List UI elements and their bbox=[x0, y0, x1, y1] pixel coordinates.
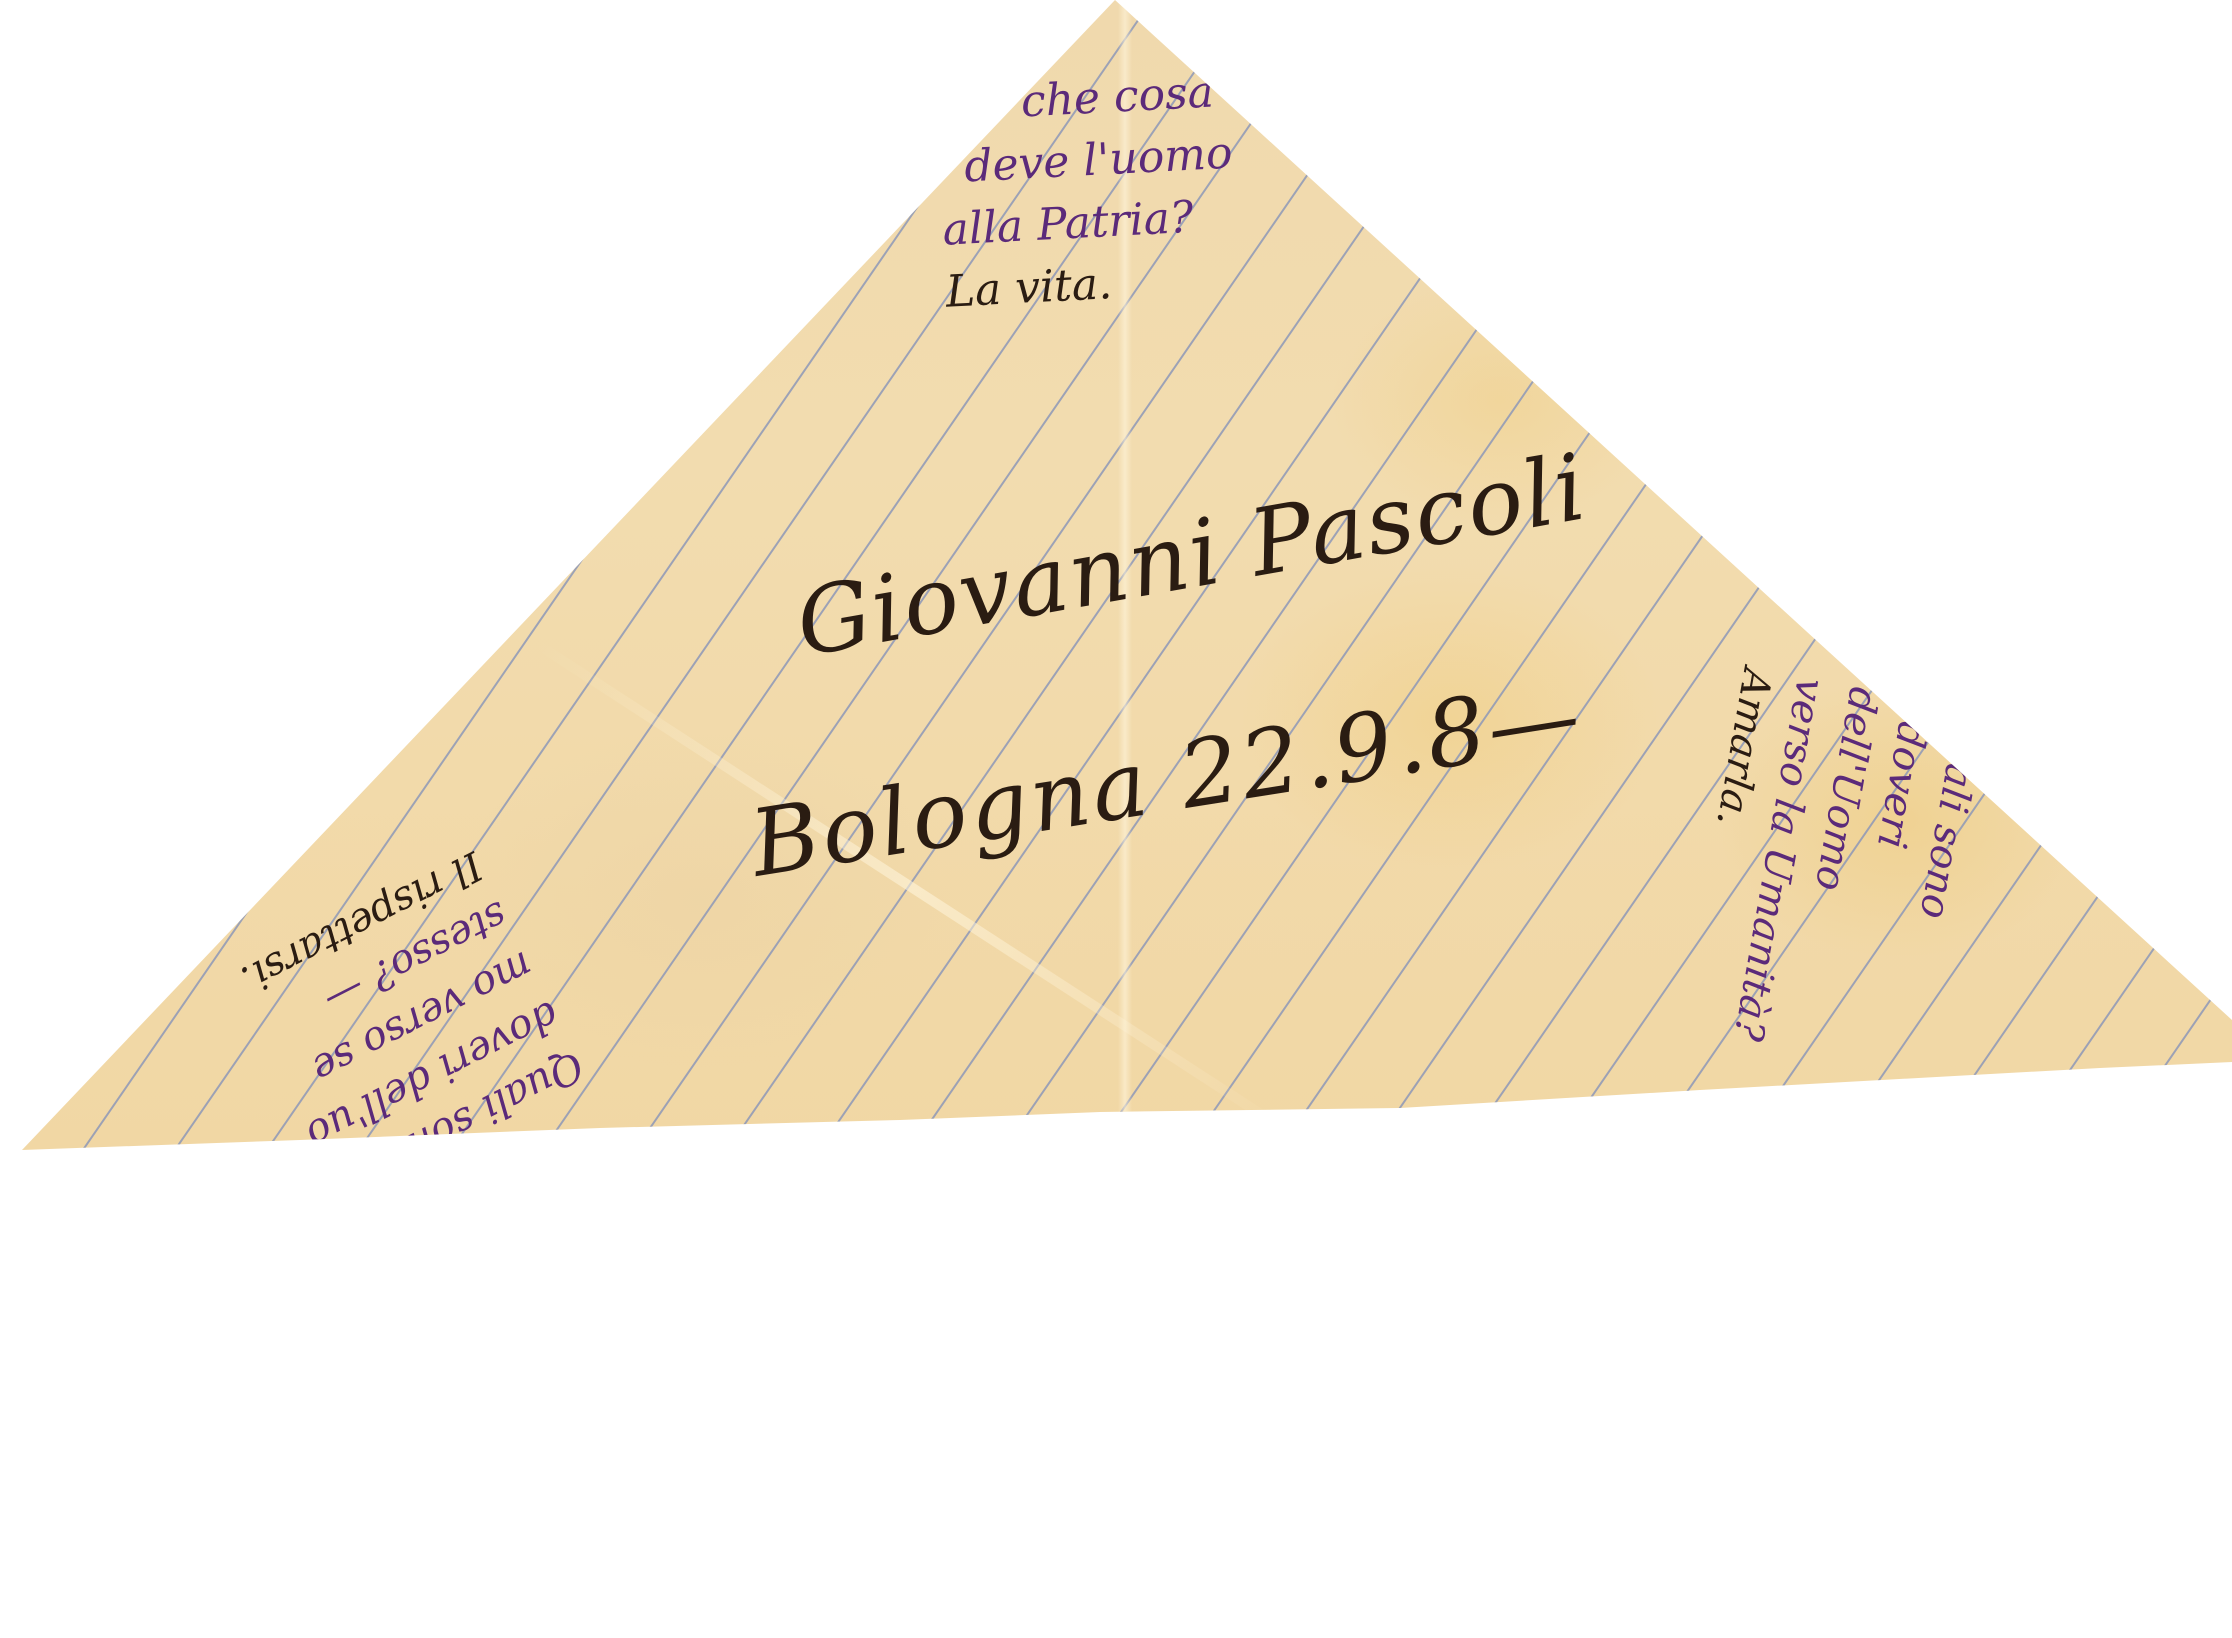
scan-canvas: che cosa deve l'uomo alla Patria? La vit… bbox=[0, 0, 2232, 1638]
top-handwritten-note: che cosa deve l'uomo alla Patria? La vit… bbox=[935, 70, 1241, 333]
triangular-paper: che cosa deve l'uomo alla Patria? La vit… bbox=[0, 0, 2232, 1160]
